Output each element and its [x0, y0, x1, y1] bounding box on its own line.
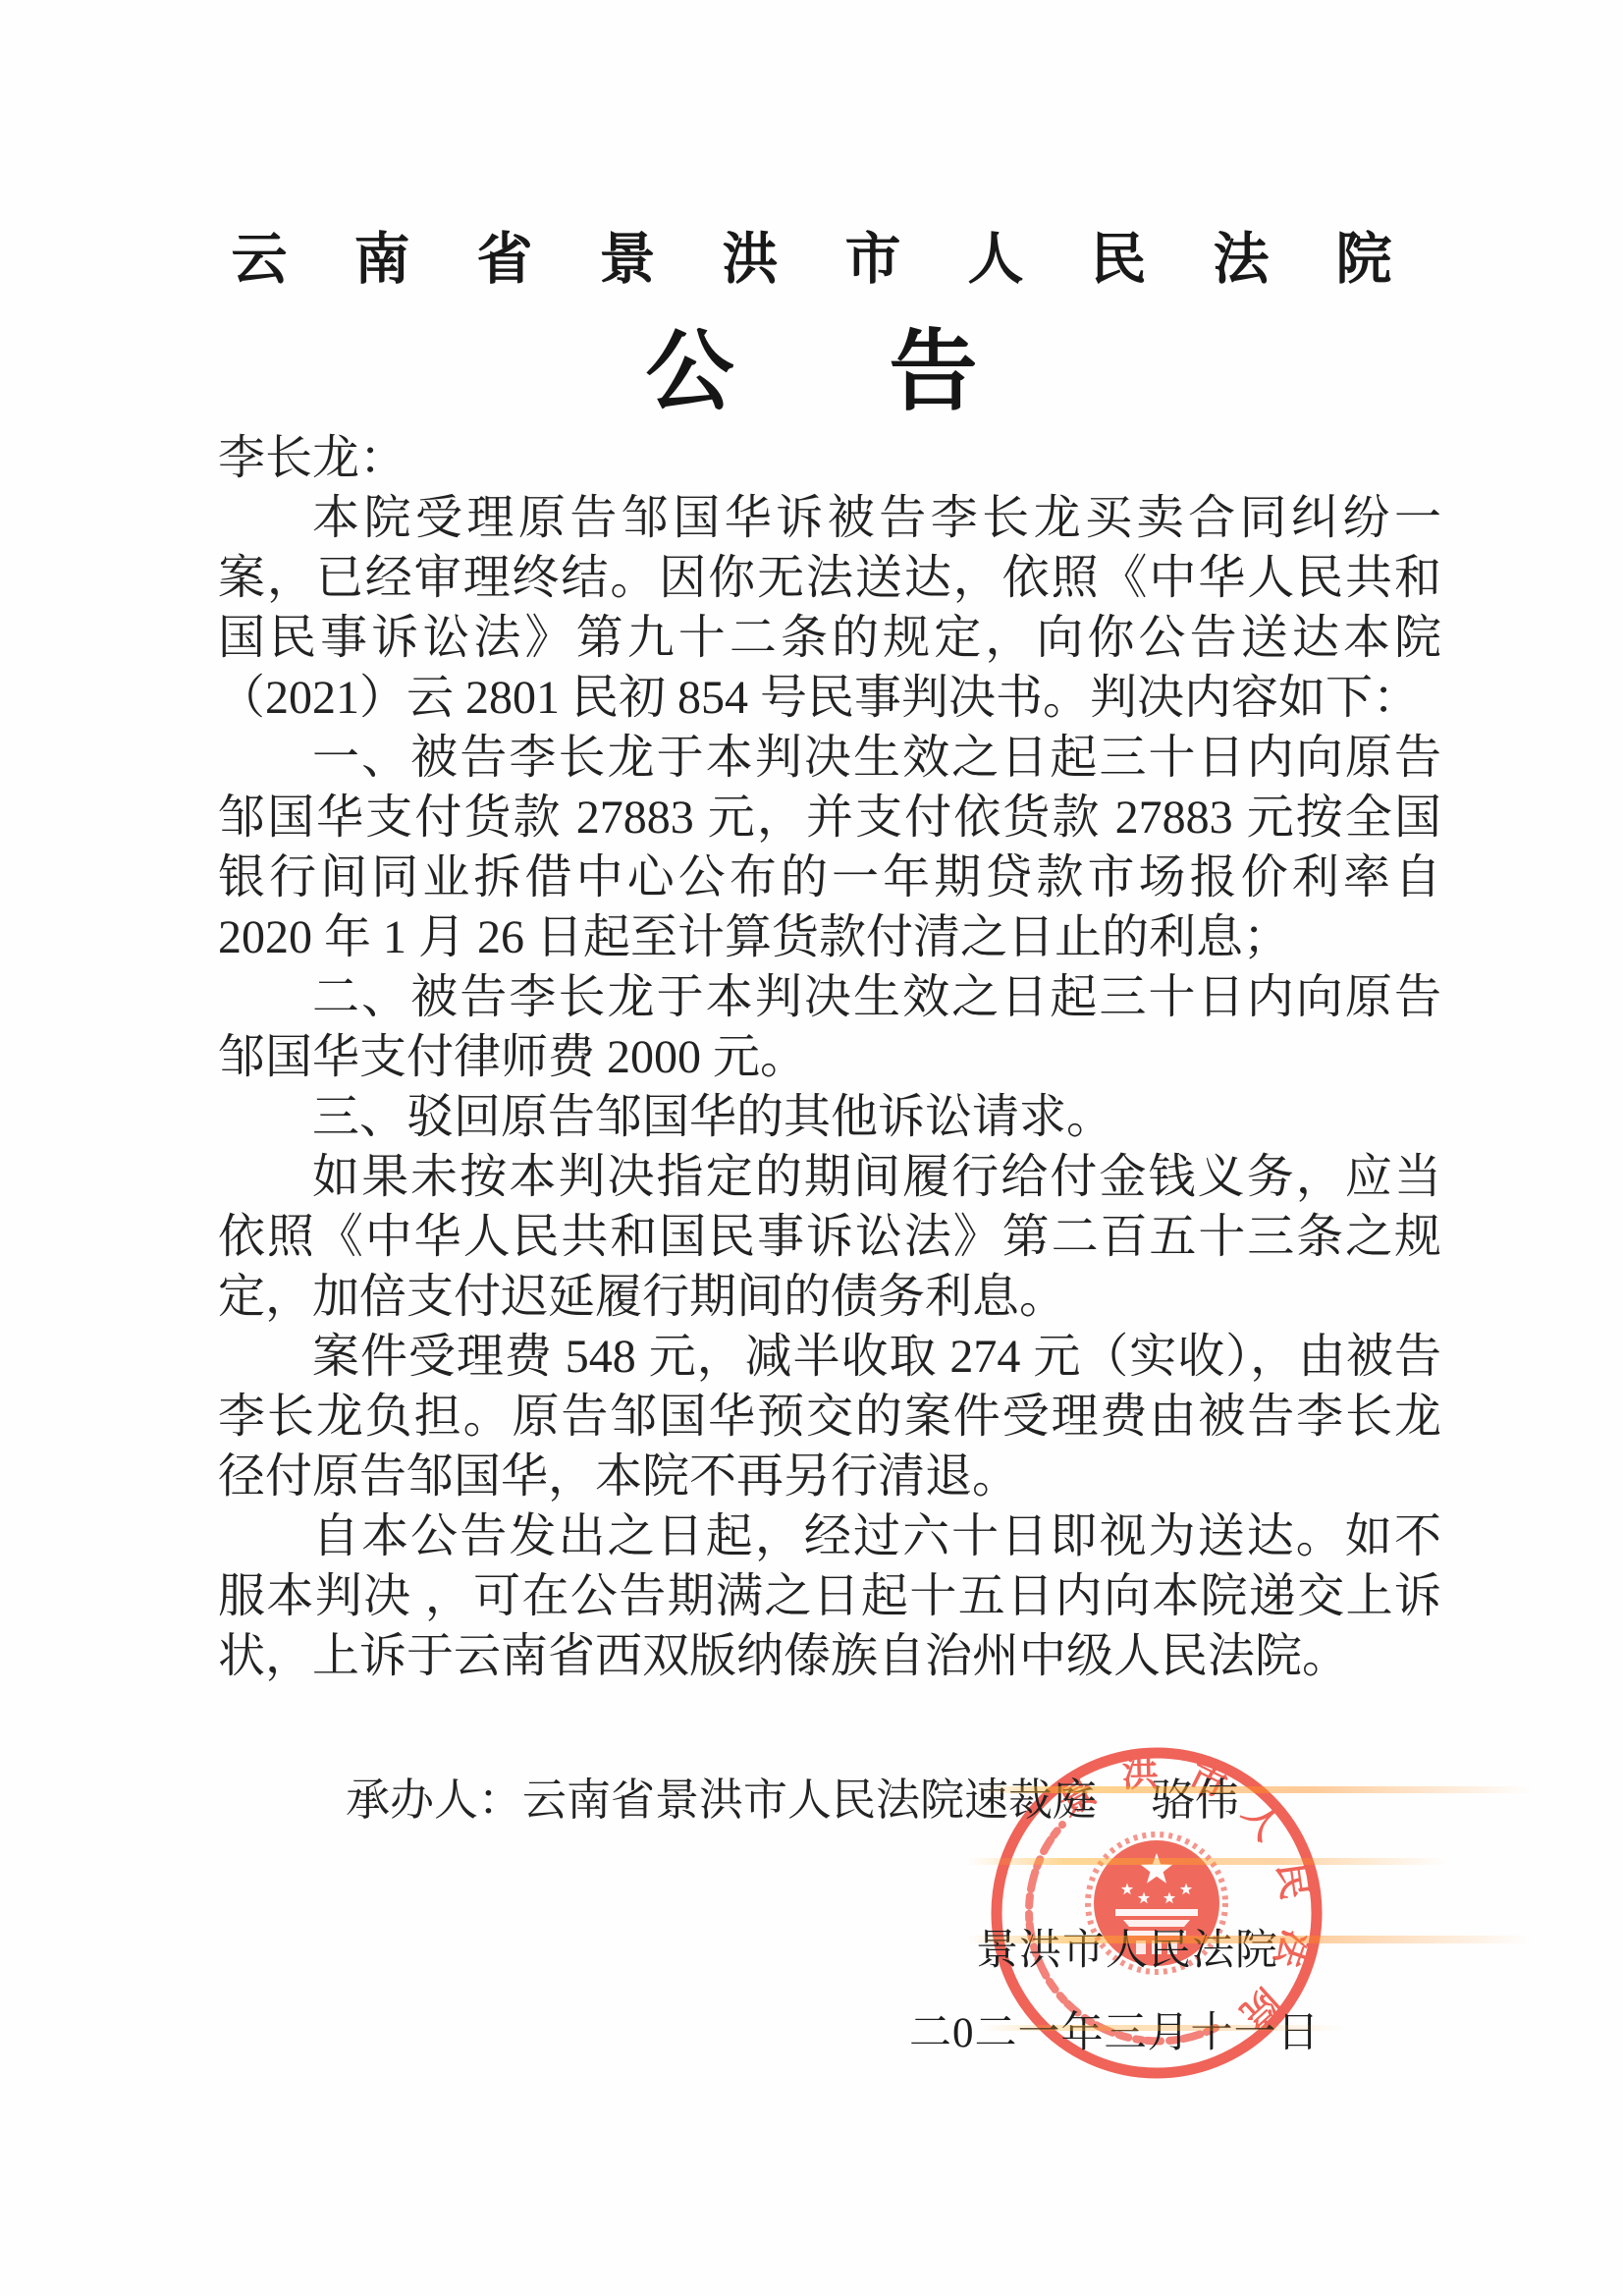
undertaker-label: 承办人：云南省景洪市人民法院速裁庭: [346, 1776, 1097, 1825]
paragraph: 案件受理费 548 元，减半收取 274 元（实收），由被告李长龙负担。原告邹国…: [218, 1327, 1441, 1506]
salutation: 李长龙：: [218, 428, 1441, 488]
court-notice-page: 云南省景洪市人民法院 公告 李长龙： 本院受理原告邹国华诉被告李长龙买卖合同纠纷…: [0, 0, 1623, 2296]
paragraph: 自本公告发出之日起，经过六十日即视为送达。如不服本判决 ，可在公告期满之日起十五…: [218, 1506, 1441, 1686]
document-body: 李长龙： 本院受理原告邹国华诉被告李长龙买卖合同纠纷一案，已经审理终结。因你无法…: [218, 428, 1441, 1686]
paragraph: 本院受理原告邹国华诉被告李长龙买卖合同纠纷一案，已经审理终结。因你无法送达，依照…: [218, 488, 1441, 728]
undertaker-name: 骆伟: [1151, 1776, 1239, 1825]
paragraph: 一、被告李长龙于本判决生效之日起三十日内向原告邹国华支付货款 27883 元，并…: [218, 728, 1441, 967]
court-signature: 景洪市人民法院: [976, 1917, 1278, 1977]
undertaker-line: 承办人：云南省景洪市人民法院速裁庭骆伟: [346, 1764, 1239, 1828]
notice-heading: 公告: [0, 300, 1623, 427]
paragraph: 三、驳回原告邹国华的其他诉讼请求。: [218, 1087, 1441, 1147]
page-title: 云南省景洪市人民法院: [0, 214, 1623, 295]
signature-date: 二0二一年三月十一日: [909, 1999, 1321, 2059]
paragraph: 二、被告李长龙于本判决生效之日起三十日内向原告邹国华支付律师费 2000 元。: [218, 967, 1441, 1087]
paragraph: 如果未按本判决指定的期间履行给付金钱义务，应当依照《中华人民共和国民事诉讼法》第…: [218, 1147, 1441, 1327]
